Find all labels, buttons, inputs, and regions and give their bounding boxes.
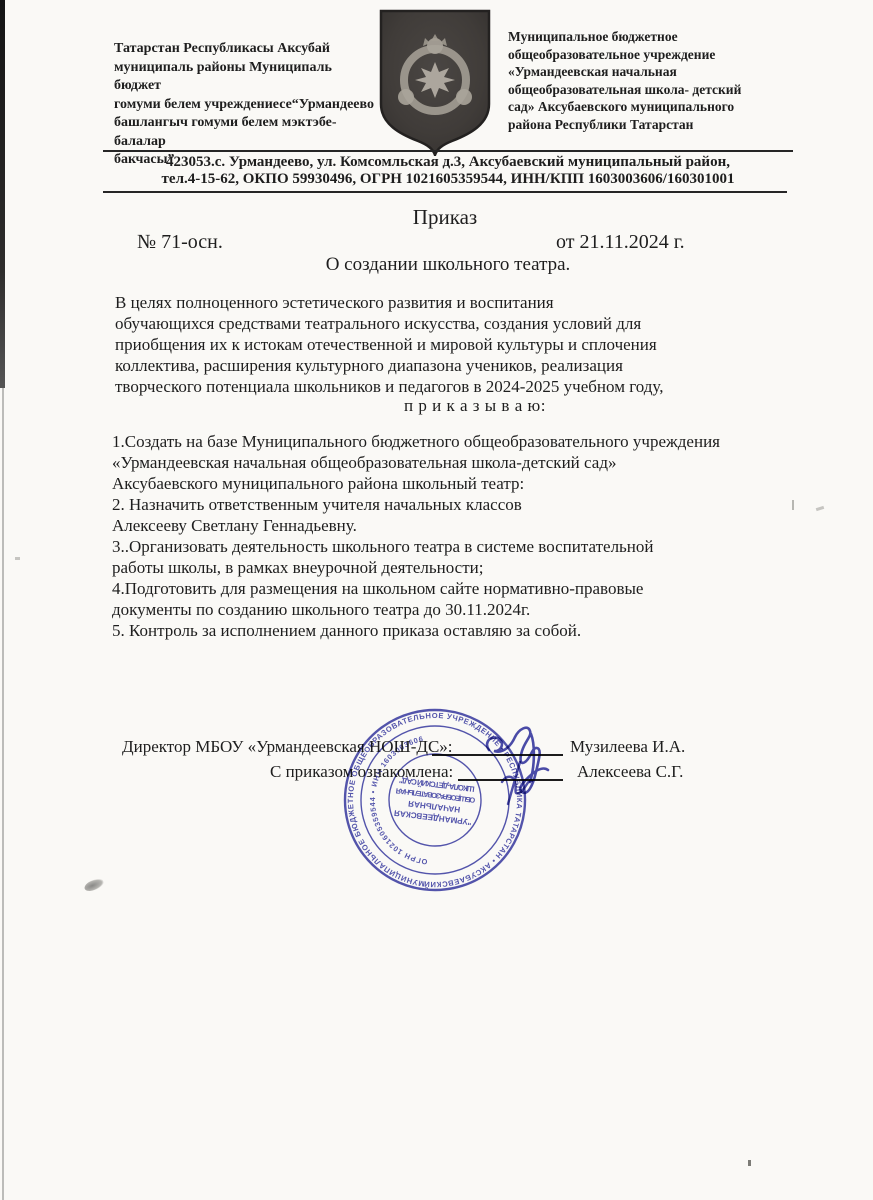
acknowledged-autograph xyxy=(480,750,570,810)
order-number: № 71-осн. xyxy=(137,231,223,254)
coat-of-arms-emblem xyxy=(378,8,492,156)
order-preamble: В целях полноценного эстетического разви… xyxy=(115,292,795,397)
order-item-1: 1.Создать на базе Муниципального бюджетн… xyxy=(112,431,812,494)
order-items: 1.Создать на базе Муниципального бюджетн… xyxy=(112,431,812,641)
scan-speck xyxy=(15,557,20,560)
letterhead-right-org: Муниципальное бюджетное общеобразователь… xyxy=(508,28,814,133)
shield-icon xyxy=(378,8,492,156)
scan-edge-strip xyxy=(0,0,5,388)
order-subject: О создании школьного театра. xyxy=(103,254,793,276)
scan-edge-line xyxy=(2,388,4,1200)
order-item-5: 5. Контроль за исполнением данного прика… xyxy=(112,620,812,641)
divider-line-bottom xyxy=(103,191,787,193)
address-line-2: тел.4-15-62, ОКПО 59930496, ОГРН 1021605… xyxy=(103,171,793,188)
order-item-3: 3..Организовать деятельность школьного т… xyxy=(112,536,812,578)
scan-speck xyxy=(748,1160,751,1166)
decree-word: п р и к а з ы в а ю: xyxy=(130,396,820,416)
scan-speck xyxy=(816,506,825,511)
scanned-document-page: Татарстан Республикасы Аксубай муниципал… xyxy=(0,0,873,1200)
ink-smudge xyxy=(83,877,105,894)
divider-line-top xyxy=(103,150,793,152)
order-item-2: 2. Назначить ответственным учителя начал… xyxy=(112,494,812,536)
order-title: Приказ xyxy=(100,205,790,230)
order-date: от 21.11.2024 г. xyxy=(556,231,685,254)
address-line-1: 423053.с. Урмандеево, ул. Комсомльская д… xyxy=(103,154,793,171)
order-item-4: 4.Подготовить для размещения на школьном… xyxy=(112,578,812,620)
